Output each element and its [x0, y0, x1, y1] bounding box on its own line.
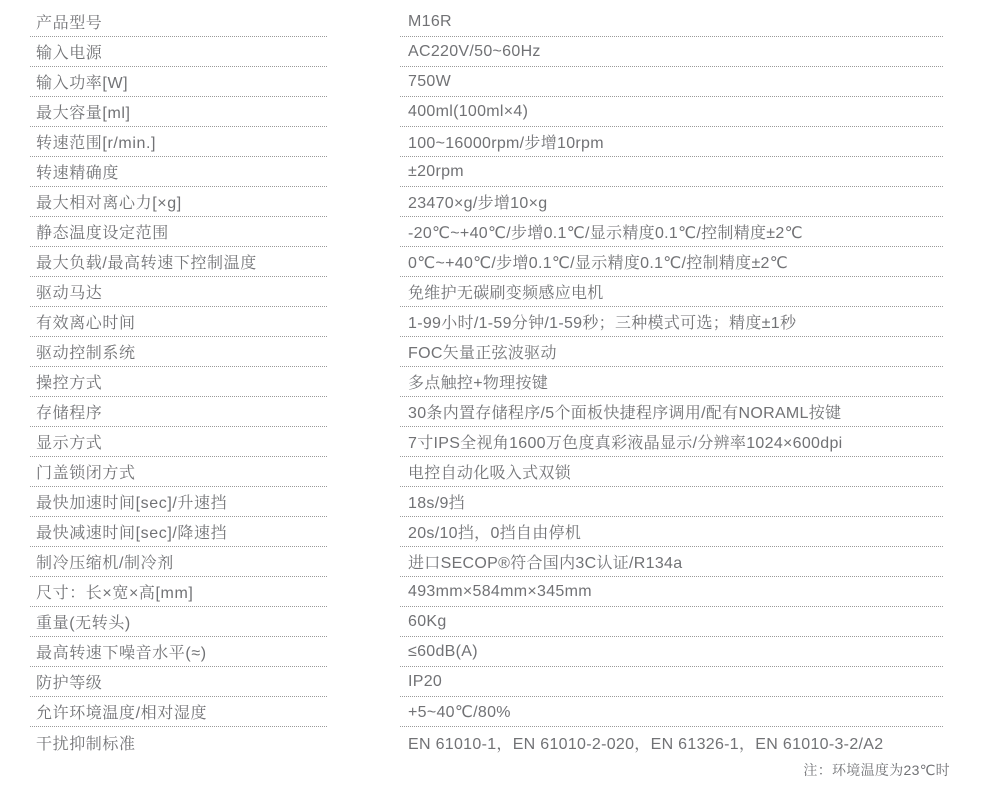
footnote: 注：环境温度为23℃时 [0, 760, 996, 780]
spec-label: 最高转速下噪音水平(≈) [30, 637, 327, 667]
table-row: 有效离心时间 1-99小时/1-59分钟/1-59秒；三种模式可选；精度±1秒 [0, 307, 996, 337]
spec-label: 显示方式 [30, 427, 327, 457]
table-row: 重量(无转头) 60Kg [0, 607, 996, 637]
spec-label: 制冷压缩机/制冷剂 [30, 547, 327, 577]
table-row: 最大负载/最高转速下控制温度 0℃~+40℃/步增0.1℃/显示精度0.1℃/控… [0, 247, 996, 277]
spec-value: AC220V/50~60Hz [400, 37, 943, 67]
spec-value: 进口SECOP®符合国内3C认证/R134a [400, 547, 943, 577]
spec-label: 最大负载/最高转速下控制温度 [30, 247, 327, 277]
table-row: 静态温度设定范围 -20℃~+40℃/步增0.1℃/显示精度0.1℃/控制精度±… [0, 217, 996, 247]
spec-value: 免维护无碳刷变频感应电机 [400, 277, 943, 307]
spec-value: EN 61010-1，EN 61010-2-020，EN 61326-1，EN … [400, 727, 943, 757]
table-row: 驱动控制系统 FOC矢量正弦波驱动 [0, 337, 996, 367]
spec-label: 最快减速时间[sec]/降速挡 [30, 517, 327, 547]
table-row: 产品型号 M16R [0, 7, 996, 37]
spec-label: 有效离心时间 [30, 307, 327, 337]
spec-value: 23470×g/步增10×g [400, 187, 943, 217]
spec-value: FOC矢量正弦波驱动 [400, 337, 943, 367]
spec-label: 转速精确度 [30, 157, 327, 187]
spec-value: 多点触控+物理按键 [400, 367, 943, 397]
table-row: 干扰抑制标准 EN 61010-1，EN 61010-2-020，EN 6132… [0, 727, 996, 757]
table-row: 驱动马达 免维护无碳刷变频感应电机 [0, 277, 996, 307]
table-row: 最快减速时间[sec]/降速挡 20s/10挡，0挡自由停机 [0, 517, 996, 547]
spec-value: IP20 [400, 667, 943, 697]
table-row: 制冷压缩机/制冷剂 进口SECOP®符合国内3C认证/R134a [0, 547, 996, 577]
spec-value: -20℃~+40℃/步增0.1℃/显示精度0.1℃/控制精度±2℃ [400, 217, 943, 247]
spec-value: 100~16000rpm/步增10rpm [400, 127, 943, 157]
table-row: 转速精确度 ±20rpm [0, 157, 996, 187]
spec-value: 0℃~+40℃/步增0.1℃/显示精度0.1℃/控制精度±2℃ [400, 247, 943, 277]
table-row: 门盖锁闭方式 电控自动化吸入式双锁 [0, 457, 996, 487]
spec-value: 60Kg [400, 607, 943, 637]
table-row: 最大容量[ml] 400ml(100ml×4) [0, 97, 996, 127]
spec-label: 尺寸：长×宽×高[mm] [30, 577, 327, 607]
table-row: 操控方式 多点触控+物理按键 [0, 367, 996, 397]
spec-label: 输入电源 [30, 37, 327, 67]
table-row: 转速范围[r/min.] 100~16000rpm/步增10rpm [0, 127, 996, 157]
spec-label: 最快加速时间[sec]/升速挡 [30, 487, 327, 517]
table-row: 输入功率[W] 750W [0, 67, 996, 97]
table-row: 存储程序 30条内置存储程序/5个面板快捷程序调用/配有NORAML按键 [0, 397, 996, 427]
spec-label: 产品型号 [30, 7, 327, 37]
spec-value: 400ml(100ml×4) [400, 97, 943, 127]
table-row: 尺寸：长×宽×高[mm] 493mm×584mm×345mm [0, 577, 996, 607]
spec-label: 存储程序 [30, 397, 327, 427]
spec-label: 重量(无转头) [30, 607, 327, 637]
table-row: 最大相对离心力[×g] 23470×g/步增10×g [0, 187, 996, 217]
spec-value: 电控自动化吸入式双锁 [400, 457, 943, 487]
spec-value: ≤60dB(A) [400, 637, 943, 667]
spec-label: 最大相对离心力[×g] [30, 187, 327, 217]
spec-value: 18s/9挡 [400, 487, 943, 517]
spec-label: 静态温度设定范围 [30, 217, 327, 247]
table-row: 输入电源 AC220V/50~60Hz [0, 37, 996, 67]
spec-label: 最大容量[ml] [30, 97, 327, 127]
spec-label: 驱动控制系统 [30, 337, 327, 367]
spec-label: 转速范围[r/min.] [30, 127, 327, 157]
spec-label: 允许环境温度/相对湿度 [30, 697, 327, 727]
spec-value: 20s/10挡，0挡自由停机 [400, 517, 943, 547]
spec-label: 驱动马达 [30, 277, 327, 307]
spec-label: 干扰抑制标准 [30, 727, 327, 757]
spec-value: 1-99小时/1-59分钟/1-59秒；三种模式可选；精度±1秒 [400, 307, 943, 337]
spec-label: 门盖锁闭方式 [30, 457, 327, 487]
spec-value: 750W [400, 67, 943, 97]
table-row: 最快加速时间[sec]/升速挡 18s/9挡 [0, 487, 996, 517]
spec-value: ±20rpm [400, 157, 943, 187]
spec-label: 输入功率[W] [30, 67, 327, 97]
spec-value: +5~40℃/80% [400, 697, 943, 727]
table-row: 最高转速下噪音水平(≈) ≤60dB(A) [0, 637, 996, 667]
spec-value: 7寸IPS全视角1600万色度真彩液晶显示/分辨率1024×600dpi [400, 427, 943, 457]
spec-value: 30条内置存储程序/5个面板快捷程序调用/配有NORAML按键 [400, 397, 943, 427]
table-row: 显示方式 7寸IPS全视角1600万色度真彩液晶显示/分辨率1024×600dp… [0, 427, 996, 457]
product-spec-sheet: 产品型号 M16R 输入电源 AC220V/50~60Hz 输入功率[W] 75… [0, 0, 996, 795]
table-row: 防护等级 IP20 [0, 667, 996, 697]
spec-label: 防护等级 [30, 667, 327, 697]
spec-value: M16R [400, 7, 943, 37]
spec-value: 493mm×584mm×345mm [400, 577, 943, 607]
spec-label: 操控方式 [30, 367, 327, 397]
spec-table: 产品型号 M16R 输入电源 AC220V/50~60Hz 输入功率[W] 75… [0, 0, 996, 757]
table-row: 允许环境温度/相对湿度 +5~40℃/80% [0, 697, 996, 727]
